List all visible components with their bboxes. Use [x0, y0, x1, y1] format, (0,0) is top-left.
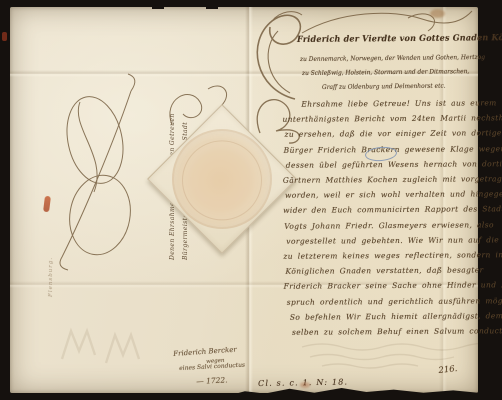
page-number: 216.	[438, 364, 458, 376]
header-line: Friderich der Vierdte von Gottes Gnaden …	[297, 33, 502, 45]
mount-gap	[206, 0, 218, 9]
photographed-document: Denen Ehrsahmen Unsern lieben Getreuen B…	[0, 0, 502, 400]
watermark	[62, 331, 139, 363]
header-line: Graff zu Oldenburg und Delmenhorst etc.	[322, 83, 446, 91]
edge-docket-text: Flensburg.	[48, 297, 88, 303]
mount-gap	[152, 0, 164, 9]
docket-line: — 1722.	[196, 375, 228, 386]
red-edge-mark	[2, 32, 7, 41]
foxing-stain	[430, 9, 445, 18]
foxing-stain	[300, 382, 310, 388]
